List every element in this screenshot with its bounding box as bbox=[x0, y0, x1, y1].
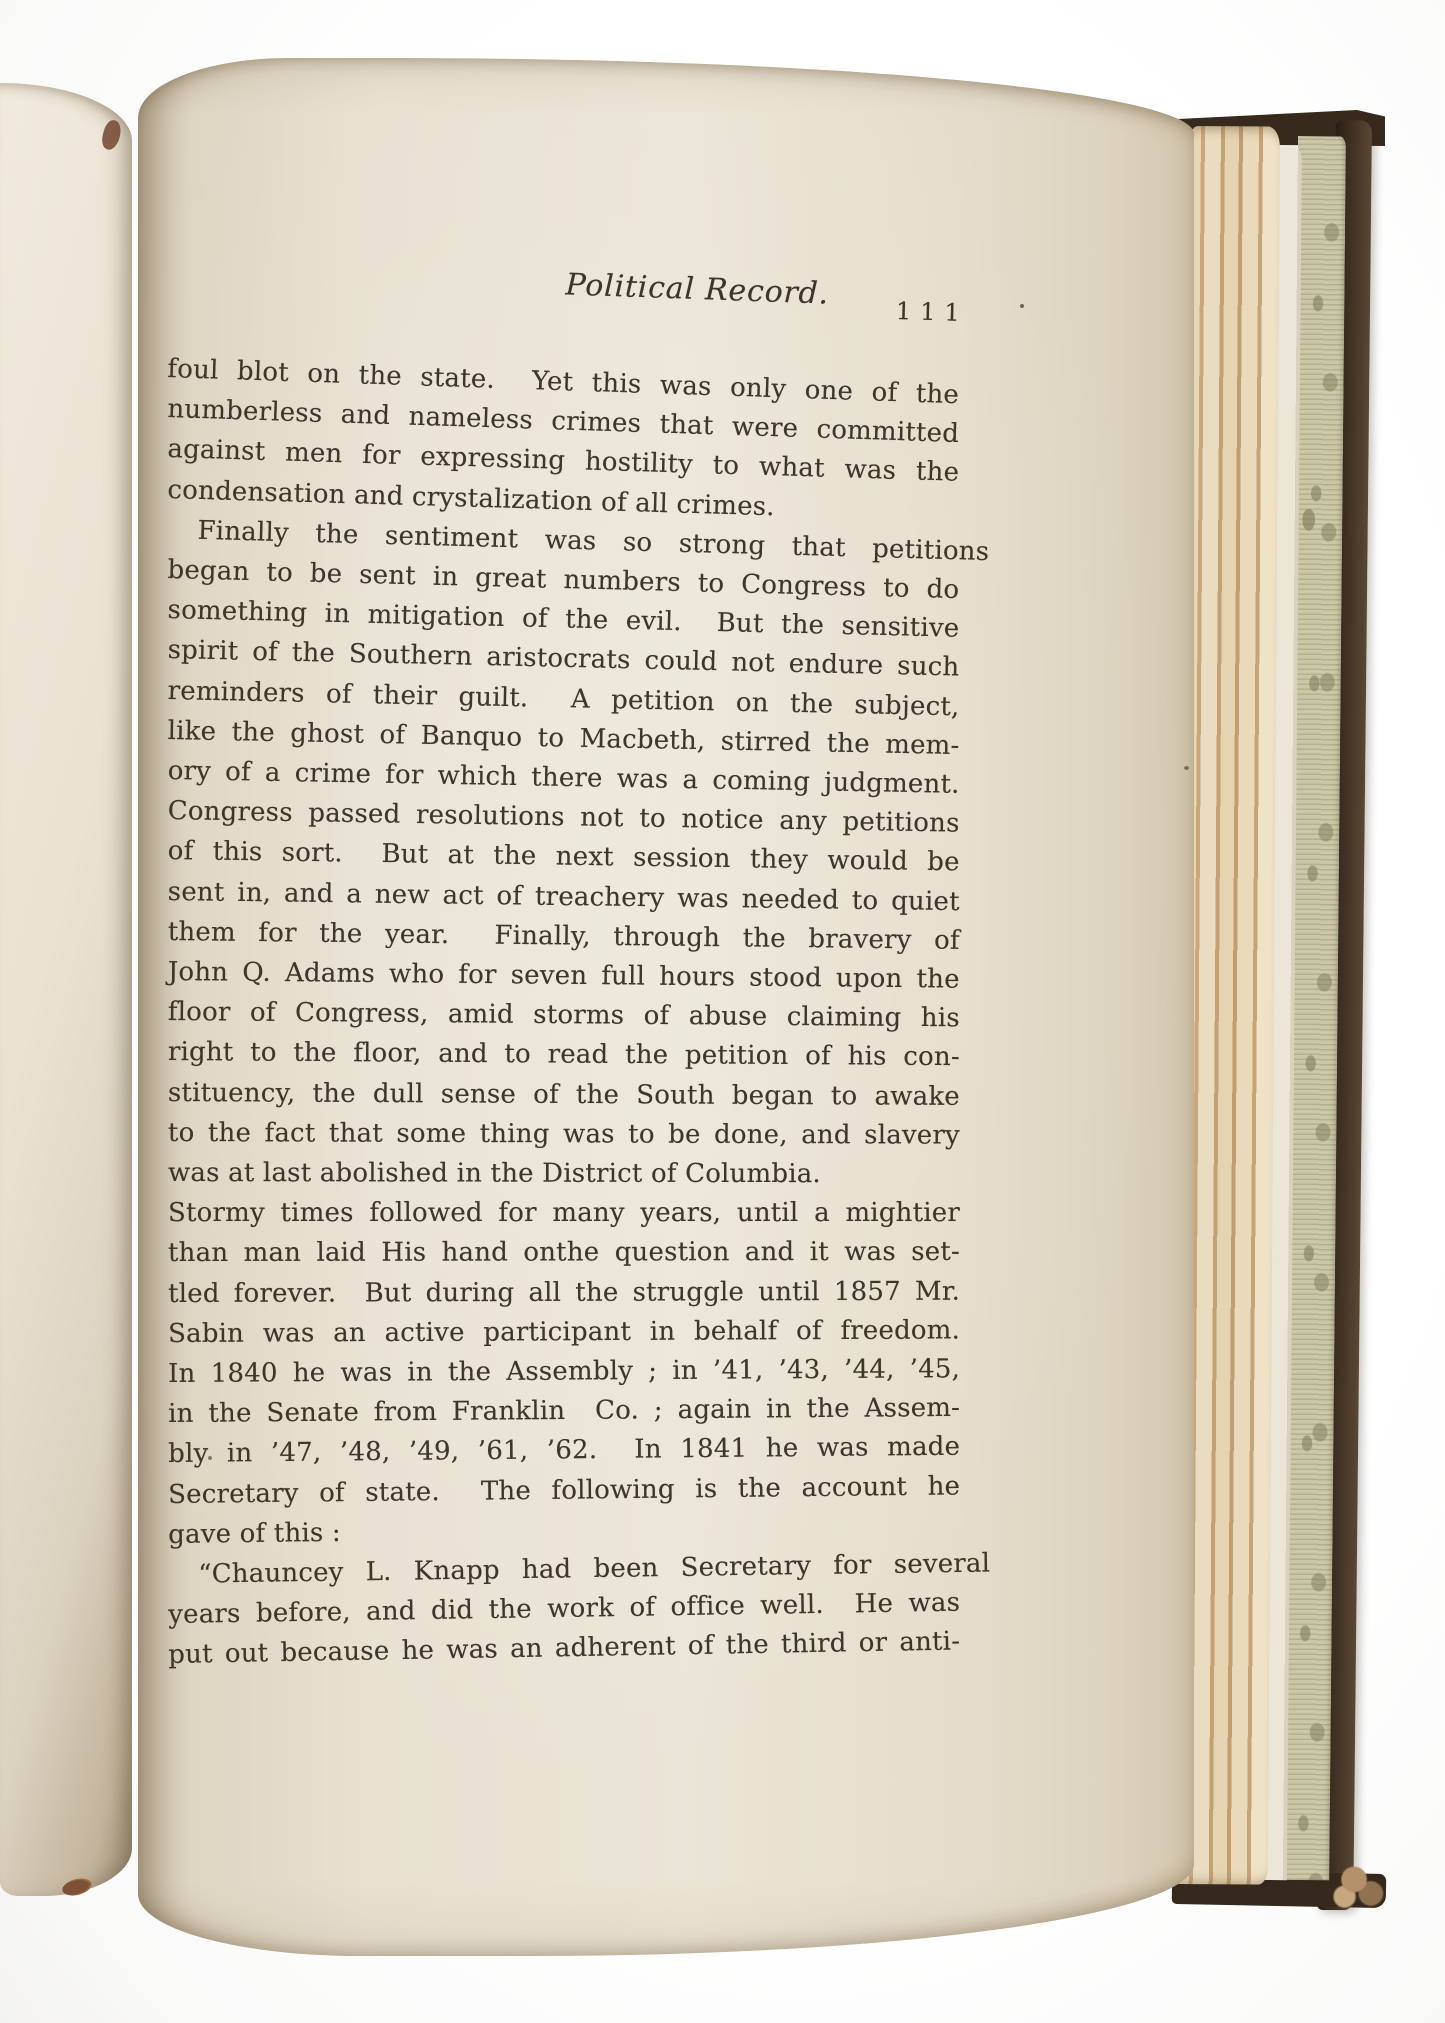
book-photo: Political Record. 111 foul blot on the s… bbox=[0, 0, 1445, 2023]
left-page-edge bbox=[0, 83, 132, 1896]
text-line: of this sort. But at the next session th… bbox=[168, 834, 960, 879]
text-line: sent in, and a new act of treachery was … bbox=[168, 875, 960, 919]
page-number: 111 bbox=[896, 297, 970, 327]
text-line: Congress passed resolutions not to notic… bbox=[167, 794, 959, 841]
text-line: Sabin was an active participant in behal… bbox=[168, 1313, 960, 1351]
cover-frayed-corner bbox=[1327, 1858, 1391, 1914]
text-line: ory of a crime for which there was a com… bbox=[167, 754, 959, 802]
text-line: bly in ’47, ’48, ’49, ’61, ’62. In 1841 … bbox=[168, 1430, 960, 1471]
text-line: right to the floor, and to read the peti… bbox=[168, 1035, 960, 1074]
text-line: in the Senate from Franklin Co. ; again … bbox=[168, 1391, 960, 1431]
text-line: tled forever. But during all the struggl… bbox=[168, 1274, 960, 1310]
book-page: Political Record. 111 foul blot on the s… bbox=[138, 58, 1194, 1956]
text-line: to the fact that some thing was to be do… bbox=[168, 1116, 960, 1153]
text-line: gave of this : bbox=[168, 1508, 960, 1552]
text-line: Secretary of state. The following is the… bbox=[168, 1469, 960, 1512]
paper-speck bbox=[1184, 766, 1189, 770]
text-line: years before, and did the work of office… bbox=[168, 1586, 960, 1632]
text-line: John Q. Adams who for seven full hours s… bbox=[168, 955, 960, 997]
paper-speck bbox=[208, 1456, 212, 1460]
text-line: In 1840 he was in the Assembly ; in ’41,… bbox=[168, 1352, 960, 1391]
text-line: stituency, the dull sense of the South b… bbox=[168, 1076, 960, 1114]
text-line: floor of Congress, amid storms of abuse … bbox=[168, 995, 960, 1035]
text-line: them for the year. Finally, through the … bbox=[168, 915, 960, 958]
paper-speck bbox=[1020, 304, 1024, 308]
text-line: Stormy times followed for many years, un… bbox=[168, 1196, 960, 1230]
text-line: “Chauncey L. Knapp had been Secretary fo… bbox=[168, 1547, 990, 1592]
text-line: was at last abolished in the District of… bbox=[168, 1156, 960, 1191]
running-head-title: Political Record. bbox=[467, 264, 928, 315]
text-line: than man laid His hand onthe question an… bbox=[168, 1235, 960, 1270]
text-line: put out because he was an adherent of th… bbox=[168, 1625, 960, 1673]
text-layer: Political Record. 111 foul blot on the s… bbox=[138, 58, 1194, 1956]
